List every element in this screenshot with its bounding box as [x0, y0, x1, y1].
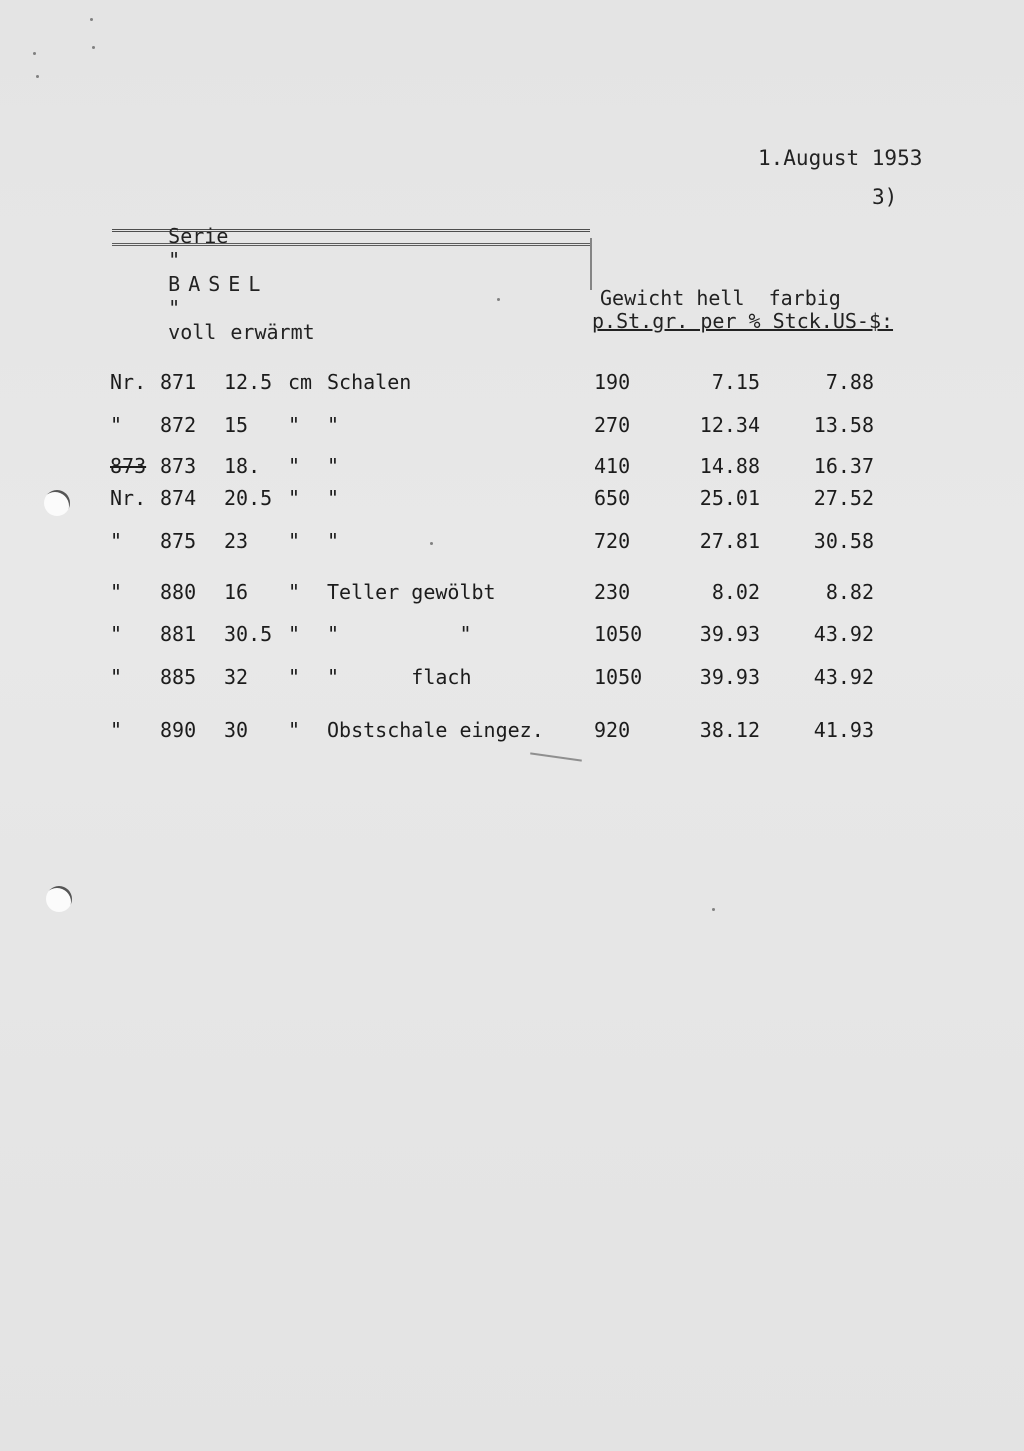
- size: 20.5: [224, 486, 272, 510]
- price-hell: 38.12: [700, 718, 760, 742]
- speck: [33, 52, 36, 55]
- unit: ": [288, 454, 300, 478]
- row-prefix-struck: 873: [110, 454, 146, 478]
- weight: 190: [594, 370, 630, 394]
- speck: [497, 298, 500, 301]
- table-row: 873 873 18. " " 410 14.88 16.37: [0, 454, 1024, 480]
- description: Obstschale eingez.: [327, 718, 544, 742]
- price-hell: 7.15: [712, 370, 760, 394]
- price-farbig: 27.52: [814, 486, 874, 510]
- size: 15: [224, 413, 248, 437]
- row-prefix: ": [110, 665, 122, 689]
- unit: ": [288, 718, 300, 742]
- price-farbig: 43.92: [814, 622, 874, 646]
- description: " flach: [327, 665, 472, 689]
- size: 32: [224, 665, 248, 689]
- description: Schalen: [327, 370, 411, 394]
- price-farbig: 7.88: [826, 370, 874, 394]
- table-row: " 885 32 " " flach 1050 39.93 43.92: [0, 665, 1024, 691]
- table-row: " 890 30 " Obstschale eingez. 920 38.12 …: [0, 718, 1024, 744]
- article-number: 880: [160, 580, 196, 604]
- speck: [36, 75, 39, 78]
- weight: 1050: [594, 622, 642, 646]
- price-farbig: 16.37: [814, 454, 874, 478]
- column-header-line-1: Gewicht hell farbig: [600, 286, 841, 310]
- row-prefix: ": [110, 580, 122, 604]
- unit: ": [288, 529, 300, 553]
- description: ": [327, 454, 339, 478]
- unit: ": [288, 486, 300, 510]
- size: 12.5: [224, 370, 272, 394]
- article-number: 874: [160, 486, 196, 510]
- price-farbig: 8.82: [826, 580, 874, 604]
- size: 30: [224, 718, 248, 742]
- weight: 410: [594, 454, 630, 478]
- description: ": [327, 529, 339, 553]
- size: 18.: [224, 454, 260, 478]
- unit: ": [288, 580, 300, 604]
- punch-hole: [46, 886, 72, 912]
- article-number: 881: [160, 622, 196, 646]
- row-prefix: ": [110, 622, 122, 646]
- description: " ": [327, 622, 472, 646]
- article-number: 875: [160, 529, 196, 553]
- title-suffix: voll erwärmt: [168, 320, 315, 344]
- price-farbig: 41.93: [814, 718, 874, 742]
- article-number: 871: [160, 370, 196, 394]
- title-series-name: BASEL: [168, 272, 268, 296]
- title-close-quote: ": [168, 296, 180, 320]
- row-prefix: ": [110, 718, 122, 742]
- unit: ": [288, 413, 300, 437]
- description: ": [327, 413, 339, 437]
- price-farbig: 43.92: [814, 665, 874, 689]
- price-hell: 14.88: [700, 454, 760, 478]
- price-hell: 25.01: [700, 486, 760, 510]
- row-prefix: ": [110, 413, 122, 437]
- size: 23: [224, 529, 248, 553]
- article-number: 890: [160, 718, 196, 742]
- table-row: Nr. 874 20.5 " " 650 25.01 27.52: [0, 486, 1024, 512]
- weight: 230: [594, 580, 630, 604]
- table-row: Nr. 871 12.5 cm Schalen 190 7.15 7.88: [0, 370, 1024, 396]
- speck: [92, 46, 95, 49]
- speck: [90, 18, 93, 21]
- column-header-line-2: p.St.gr. per % Stck.US-$:: [592, 309, 893, 333]
- weight: 650: [594, 486, 630, 510]
- price-hell: 27.81: [700, 529, 760, 553]
- article-number: 873: [160, 454, 196, 478]
- price-hell: 39.93: [700, 622, 760, 646]
- article-number: 872: [160, 413, 196, 437]
- description: Teller gewölbt: [327, 580, 496, 604]
- speck: [712, 908, 715, 911]
- document-title: Serie " BASEL " voll erwärmt: [112, 200, 315, 368]
- weight: 920: [594, 718, 630, 742]
- price-farbig: 30.58: [814, 529, 874, 553]
- weight: 720: [594, 529, 630, 553]
- description: ": [327, 486, 339, 510]
- weight: 1050: [594, 665, 642, 689]
- pen-stroke: [530, 752, 582, 761]
- weight: 270: [594, 413, 630, 437]
- table-row: " 872 15 " " 270 12.34 13.58: [0, 413, 1024, 439]
- row-prefix: ": [110, 529, 122, 553]
- row-prefix: Nr.: [110, 486, 146, 510]
- price-hell: 12.34: [700, 413, 760, 437]
- price-hell: 39.93: [700, 665, 760, 689]
- table-row: " 880 16 " Teller gewölbt 230 8.02 8.82: [0, 580, 1024, 606]
- price-farbig: 13.58: [814, 413, 874, 437]
- unit: cm: [288, 370, 312, 394]
- article-number: 885: [160, 665, 196, 689]
- title-open-quote: ": [168, 248, 180, 272]
- document-date: 1.August 1953: [758, 146, 922, 170]
- table-row: " 881 30.5 " " " 1050 39.93 43.92: [0, 622, 1024, 648]
- bracket-line: [590, 238, 592, 290]
- unit: ": [288, 622, 300, 646]
- price-hell: 8.02: [712, 580, 760, 604]
- row-prefix: Nr.: [110, 370, 146, 394]
- document-page: 1.August 1953 3) Serie " BASEL " voll er…: [0, 0, 1024, 1451]
- size: 30.5: [224, 622, 272, 646]
- title-double-underline: [112, 229, 590, 246]
- unit: ": [288, 665, 300, 689]
- table-row: " 875 23 " " 720 27.81 30.58: [0, 529, 1024, 555]
- size: 16: [224, 580, 248, 604]
- page-marker: 3): [872, 185, 897, 209]
